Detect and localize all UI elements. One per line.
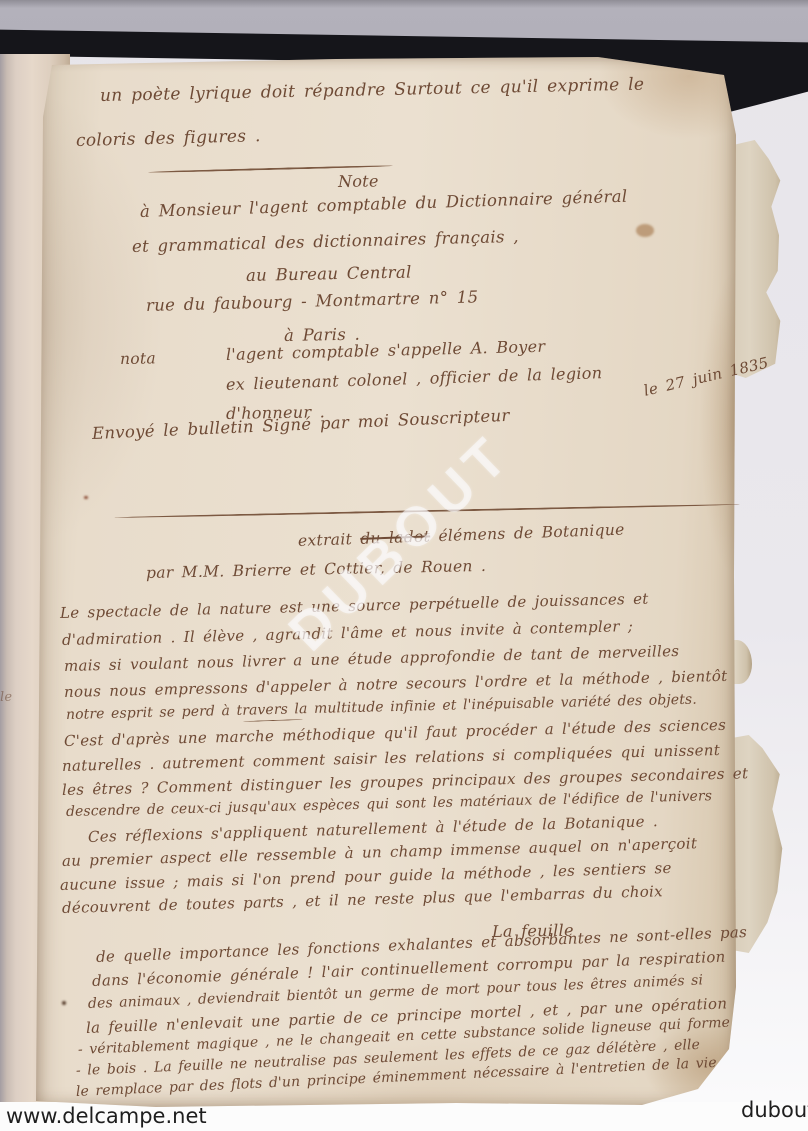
gutter-text-fragment: le	[0, 690, 13, 705]
handwriting-line: au Bureau Central	[246, 263, 412, 285]
scanned-manuscript-photo: un poète lyrique doit répandre Surtout c…	[0, 0, 808, 1131]
ink-speck	[84, 496, 88, 499]
seller-name-text: dubout	[741, 1098, 808, 1122]
extract-title-struck-words: du ladot	[360, 527, 431, 547]
note-heading: Note	[338, 171, 379, 191]
ink-stain	[636, 224, 654, 237]
extract-title-prefix: extrait	[298, 530, 353, 550]
ink-speck	[62, 1001, 66, 1005]
nota-label: nota	[120, 349, 156, 368]
marketplace-url-text: www.delcampe.net	[6, 1104, 207, 1128]
